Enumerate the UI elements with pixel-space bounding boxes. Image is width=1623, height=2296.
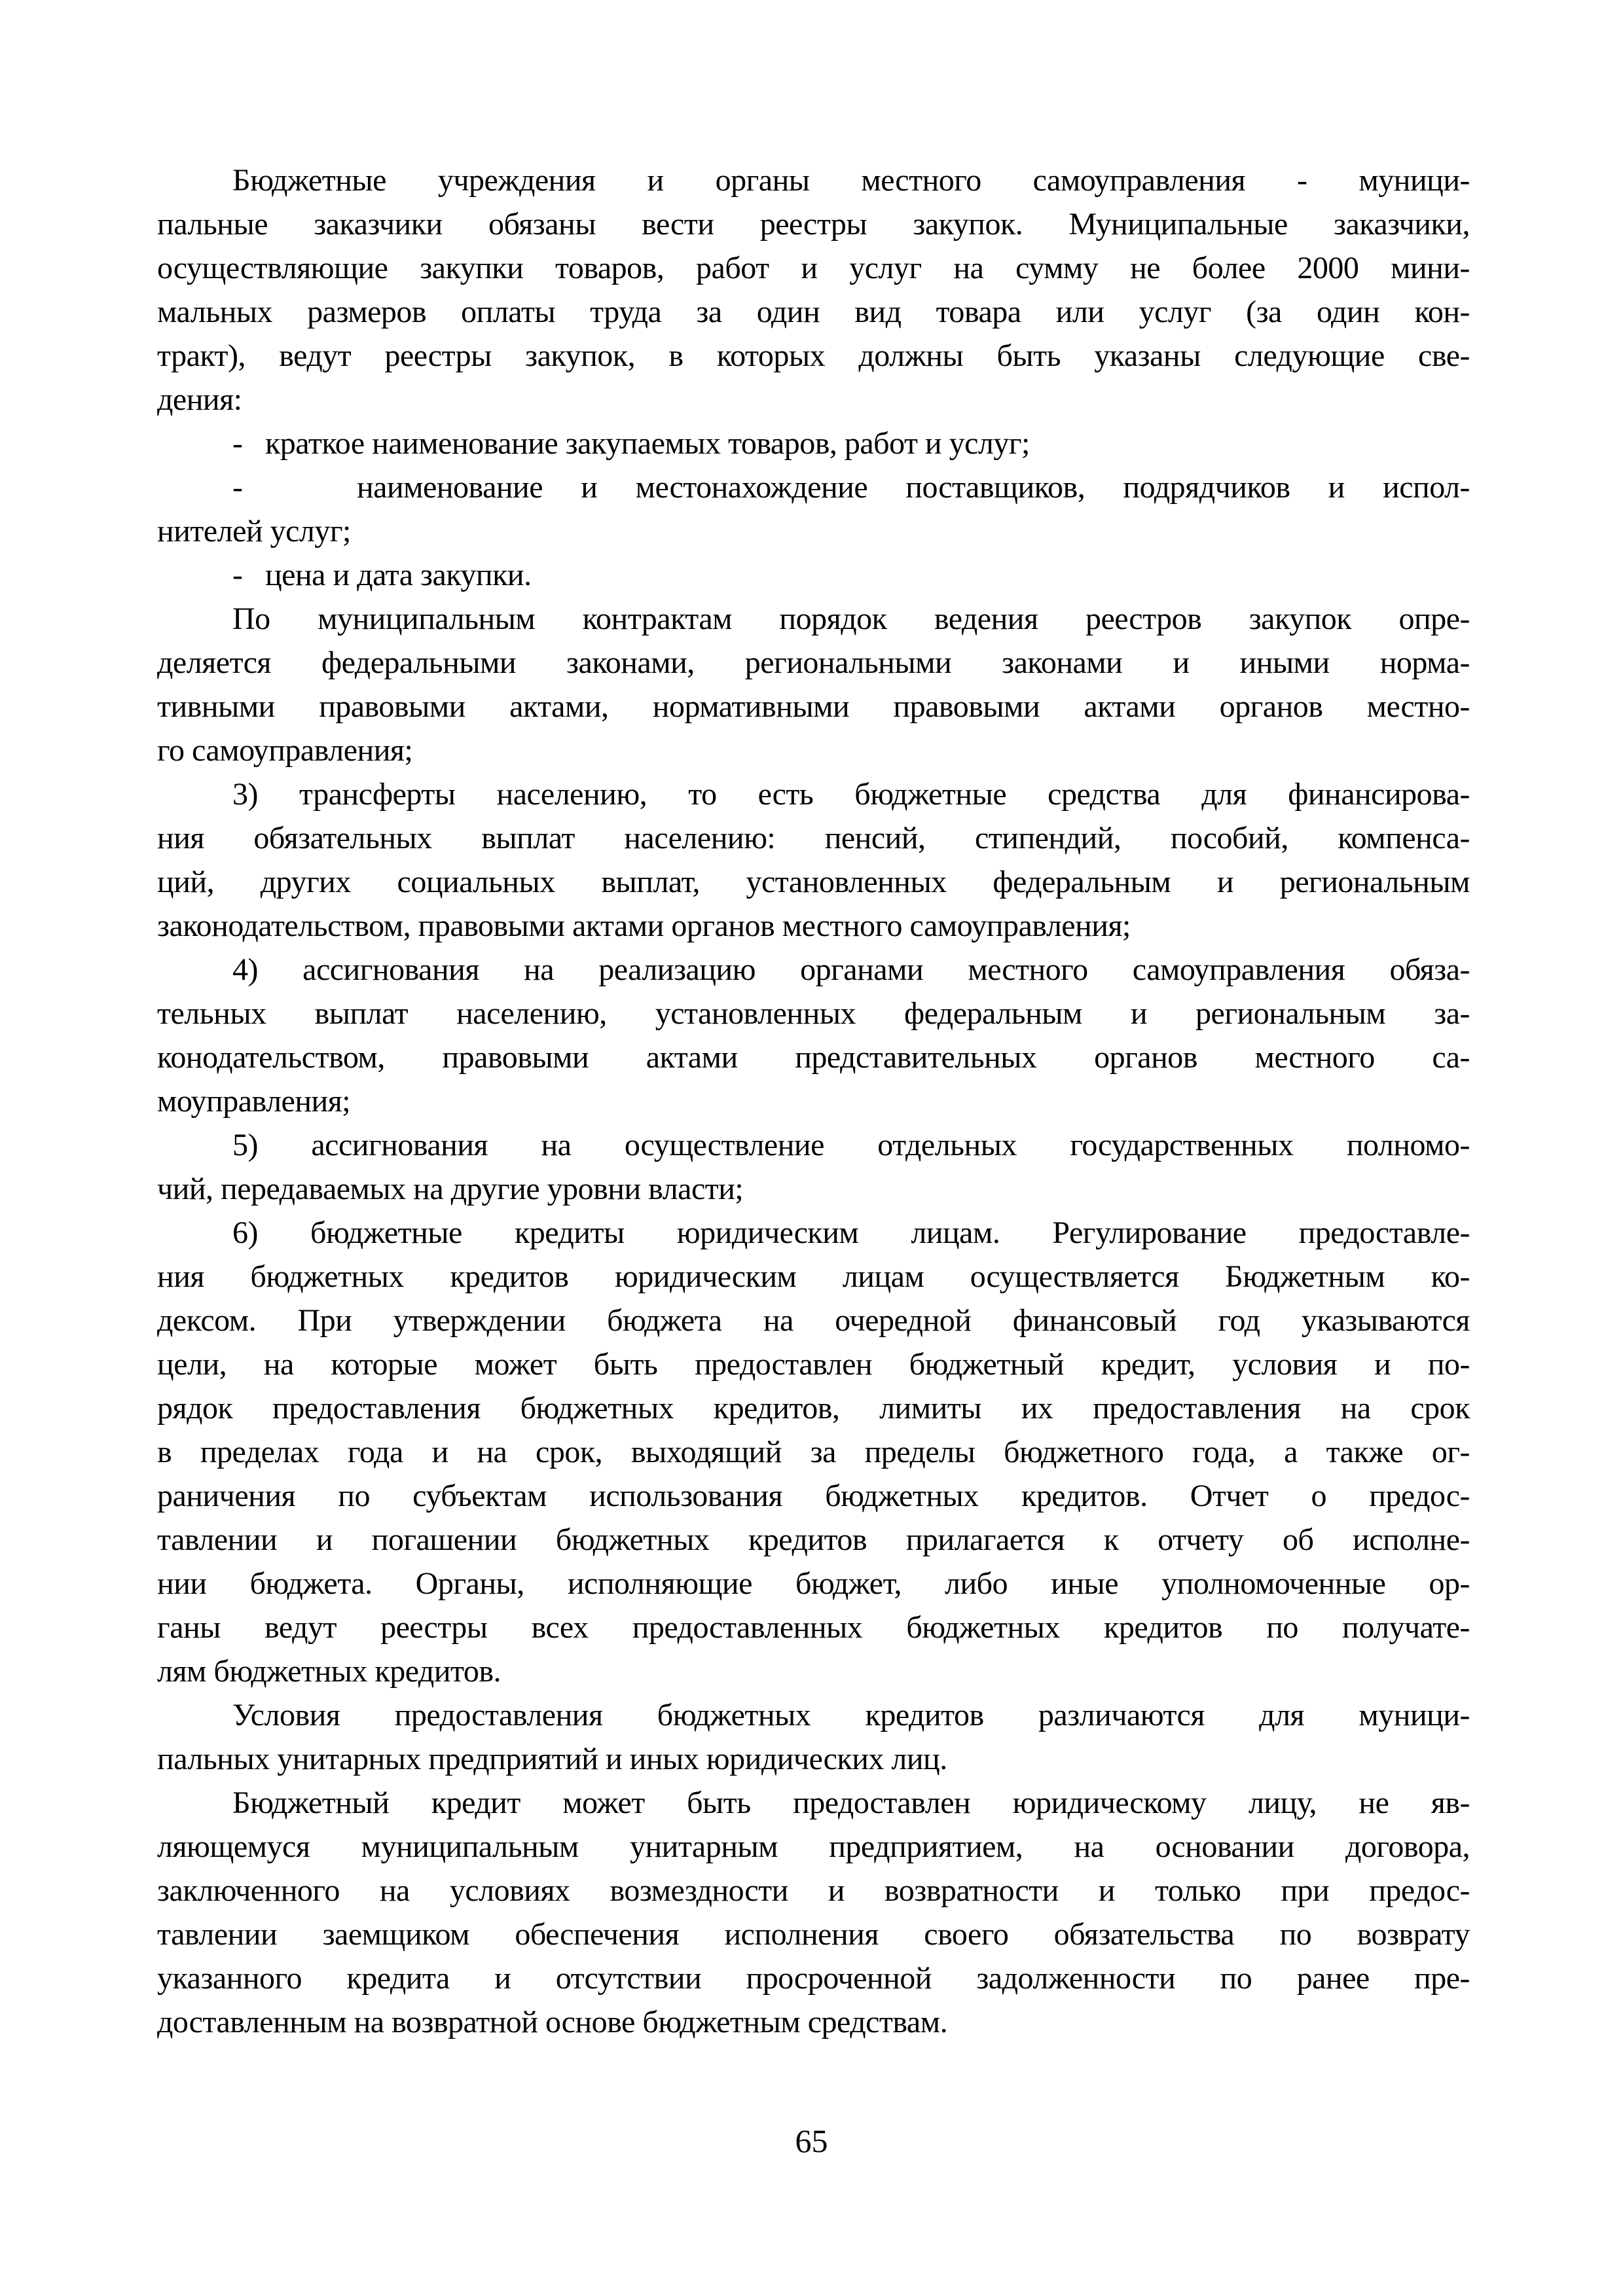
text-line: дения:	[157, 378, 1470, 422]
text-line: моуправления;	[157, 1079, 1470, 1123]
text-line: деляется федеральными законами, регионал…	[157, 641, 1470, 685]
text-line: цели, на которые может быть предоставлен…	[157, 1342, 1470, 1386]
text-line: законодательством, правовыми актами орга…	[157, 904, 1470, 948]
text-line: тавлении и погашении бюджетных кредитов …	[157, 1518, 1470, 1562]
text-line: 5) ассигнования на осуществление отдельн…	[157, 1123, 1470, 1167]
text-line: ния бюджетных кредитов юридическим лицам…	[157, 1255, 1470, 1299]
text-line: указанного кредита и отсутствии просроче…	[157, 1956, 1470, 2000]
text-line: Бюджетный кредит может быть предоставлен…	[157, 1781, 1470, 1825]
text-line: ляющемуся муниципальным унитарным предпр…	[157, 1825, 1470, 1869]
text-line: заключенного на условиях возмездности и …	[157, 1869, 1470, 1912]
text-line: в пределах года и на срок, выходящий за …	[157, 1430, 1470, 1474]
text-line: ния обязательных выплат населению: пенси…	[157, 816, 1470, 860]
text-line: мальных размеров оплаты труда за один ви…	[157, 290, 1470, 334]
text-line: Бюджетные учреждения и органы местного с…	[157, 158, 1470, 202]
text-line: - краткое наименование закупаемых товаро…	[157, 422, 1470, 465]
text-line: 4) ассигнования на реализацию органами м…	[157, 948, 1470, 992]
text-line: доставленным на возвратной основе бюджет…	[157, 2000, 1470, 2044]
page-text: Бюджетные учреждения и органы местного с…	[157, 158, 1470, 2044]
text-line: тивными правовыми актами, нормативными п…	[157, 685, 1470, 728]
text-line: чий, передаваемых на другие уровни власт…	[157, 1167, 1470, 1211]
text-line: конодательством, правовыми актами предст…	[157, 1035, 1470, 1079]
text-line: нии бюджета. Органы, исполняющие бюджет,…	[157, 1562, 1470, 1605]
text-line: - наименование и местонахождение поставщ…	[157, 465, 1470, 509]
text-line: нителей услуг;	[157, 509, 1470, 553]
text-line: раничения по субъектам использования бюд…	[157, 1474, 1470, 1518]
text-line: ций, других социальных выплат, установле…	[157, 860, 1470, 904]
text-line: - цена и дата закупки.	[157, 553, 1470, 597]
text-line: лям бюджетных кредитов.	[157, 1649, 1470, 1693]
text-line: ганы ведут реестры всех предоставленных …	[157, 1605, 1470, 1649]
text-line: дексом. При утверждении бюджета на очере…	[157, 1299, 1470, 1342]
text-line: тавлении заемщиком обеспечения исполнени…	[157, 1912, 1470, 1956]
text-line: пальные заказчики обязаны вести реестры …	[157, 202, 1470, 246]
document-page: Бюджетные учреждения и органы местного с…	[0, 0, 1623, 2296]
page-number: 65	[0, 2119, 1623, 2163]
text-line: го самоуправления;	[157, 728, 1470, 772]
text-line: осуществляющие закупки товаров, работ и …	[157, 246, 1470, 290]
text-line: рядок предоставления бюджетных кредитов,…	[157, 1386, 1470, 1430]
text-line: 3) трансферты населению, то есть бюджетн…	[157, 772, 1470, 816]
text-line: пальных унитарных предприятий и иных юри…	[157, 1737, 1470, 1781]
text-line: тельных выплат населению, установленных …	[157, 992, 1470, 1035]
text-line: 6) бюджетные кредиты юридическим лицам. …	[157, 1211, 1470, 1255]
text-line: тракт), ведут реестры закупок, в которых…	[157, 334, 1470, 378]
text-line: По муниципальным контрактам порядок веде…	[157, 597, 1470, 641]
text-line: Условия предоставления бюджетных кредито…	[157, 1693, 1470, 1737]
